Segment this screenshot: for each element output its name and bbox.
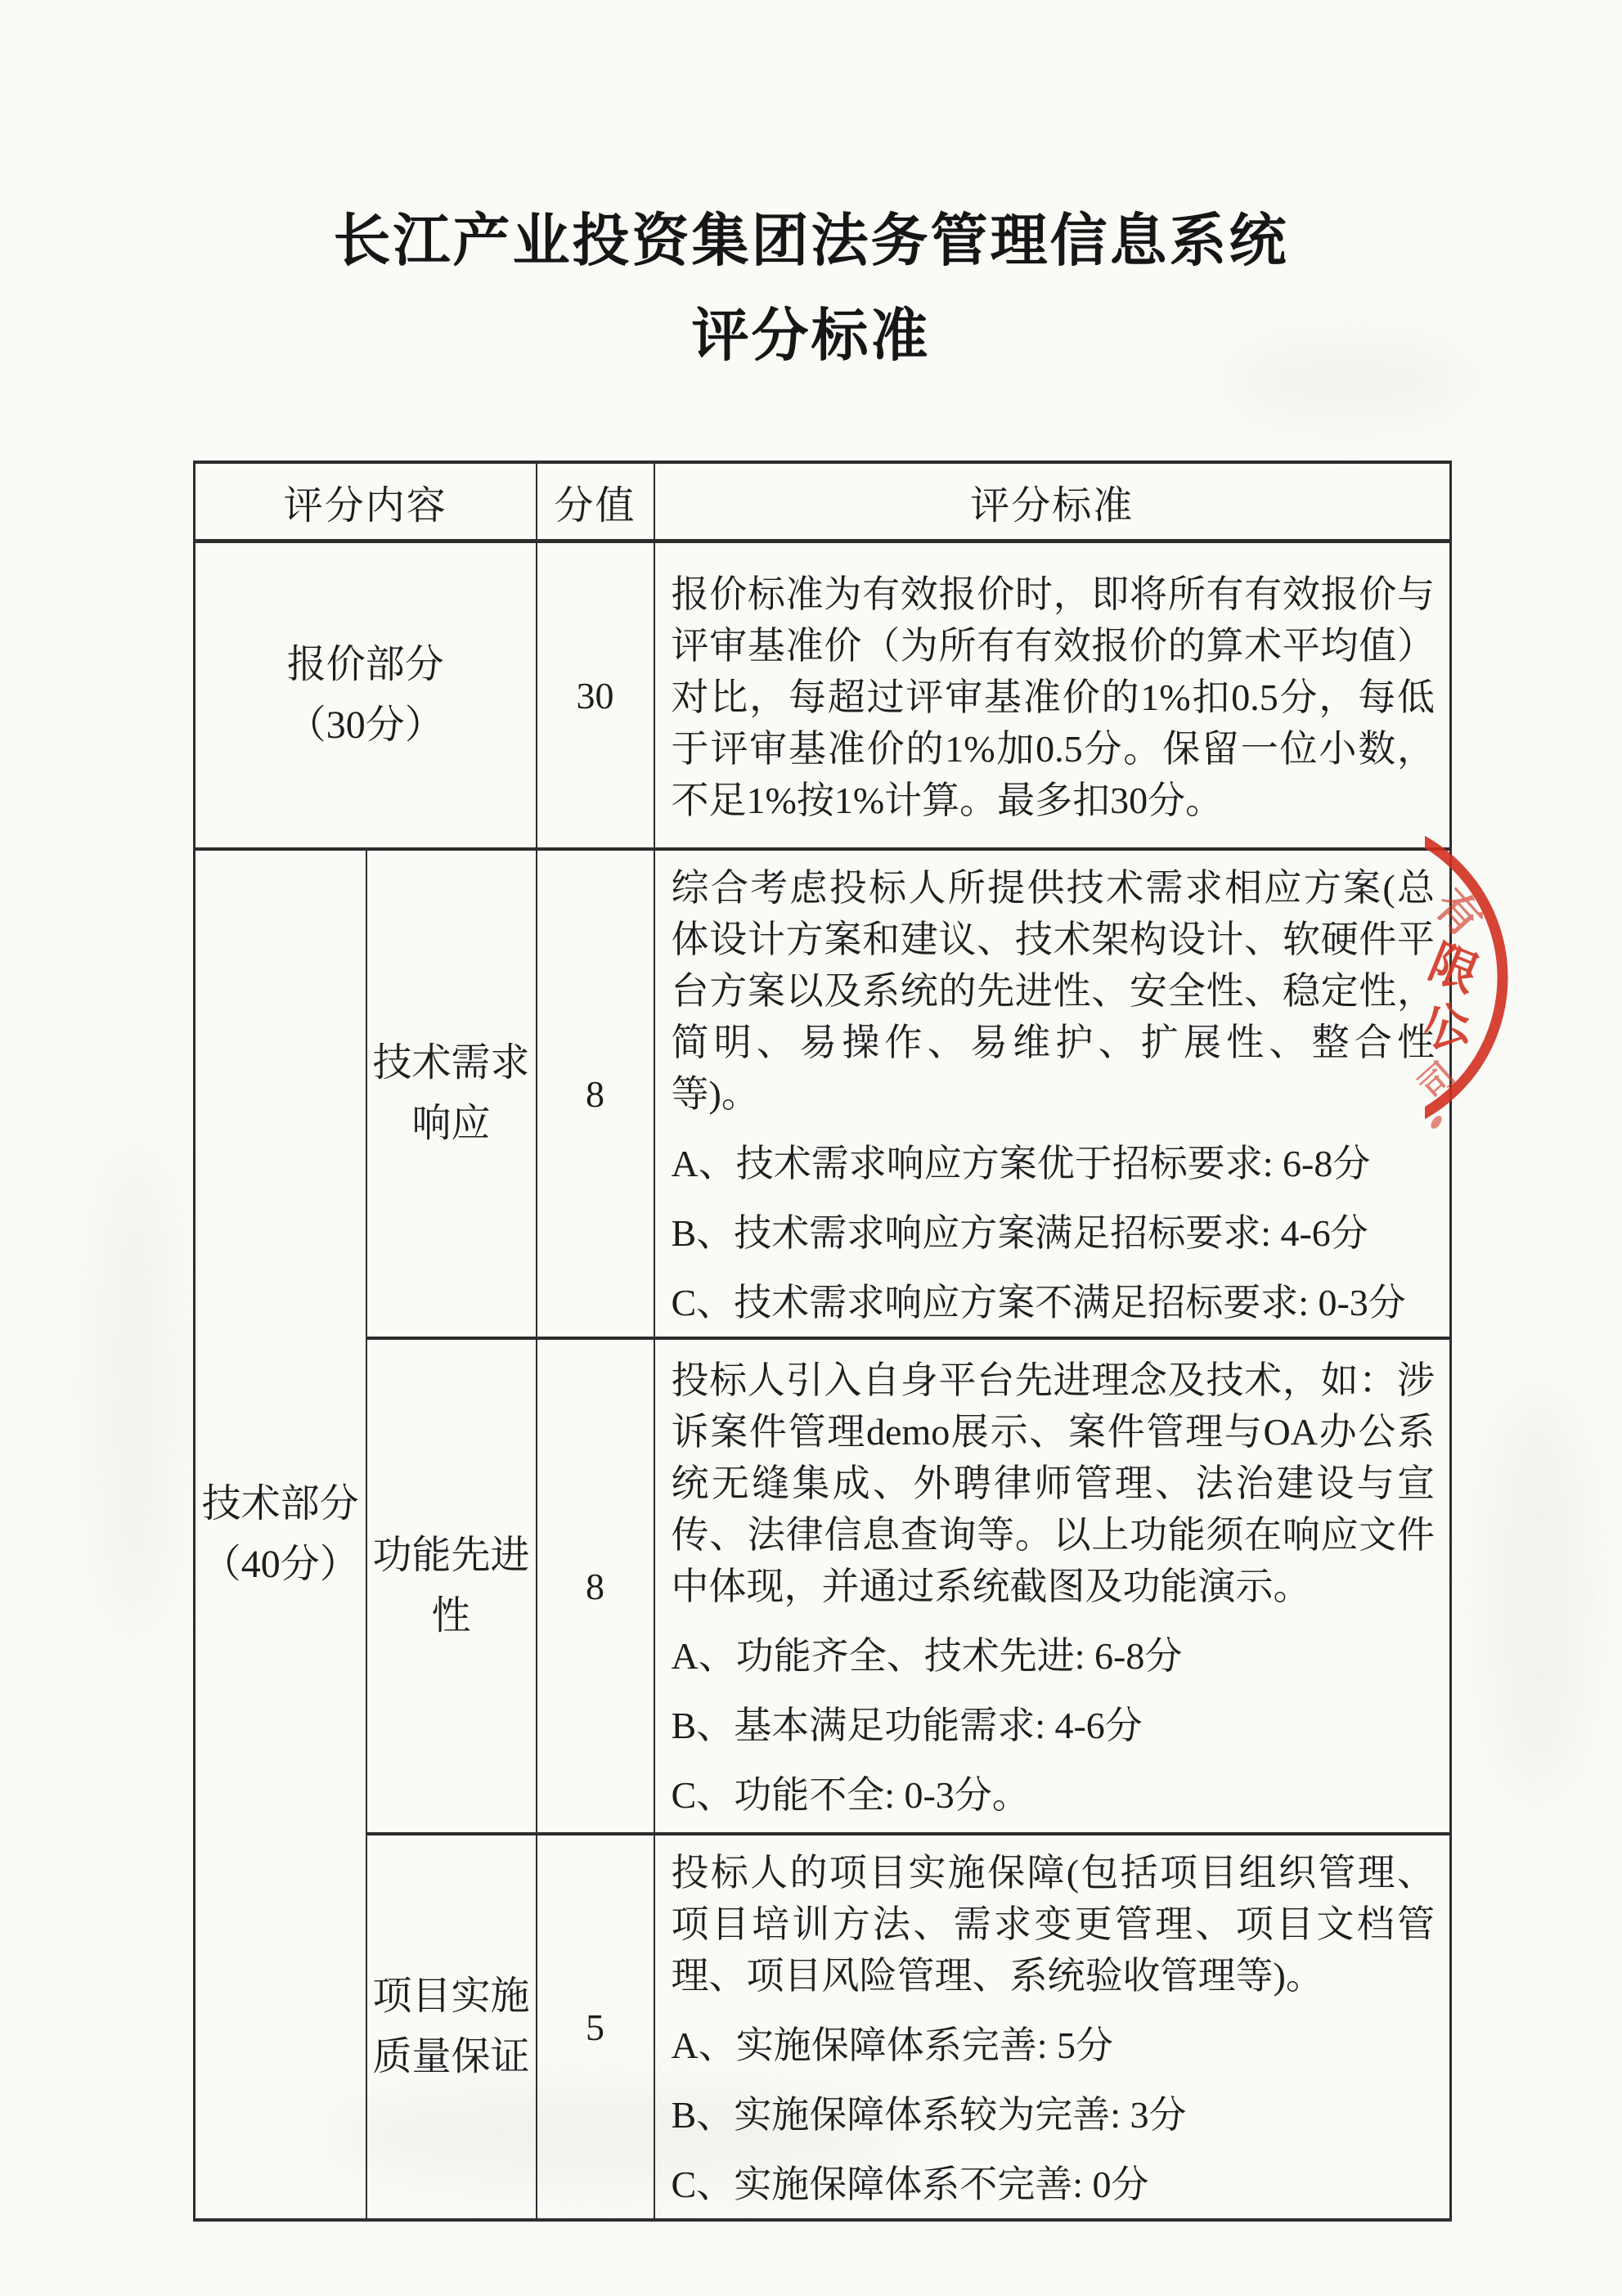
table-row-price: 报价部分 （30分） 30 报价标准为有效报价时，即将所有有效报价与评审基准价（… <box>195 541 1451 850</box>
scoring-criteria-table: 评分内容 分值 评分标准 报价部分 （30分） 30 报价标准为有效报价时，即将… <box>193 461 1452 2222</box>
category-implementation-line1: 项目实施 <box>367 1966 536 2027</box>
criteria-feature-paragraph: 投标人引入自身平台先进理念及技术，如：涉诉案件管理demo展示、案件管理与OA办… <box>672 1355 1436 1612</box>
header-cell-score: 分值 <box>537 462 654 541</box>
category-implementation-line2: 质量保证 <box>367 2027 536 2087</box>
table-row-tech-response: 技术部分 （40分） 技术需求 响应 8 综合考虑投标人所提供技术需求相应方案(… <box>195 849 1451 1338</box>
criteria-cell-price: 报价标准为有效报价时，即将所有有效报价与评审基准价（为所有有效报价的算术平均值）… <box>654 541 1451 850</box>
criteria-tech-response-item-c: C、技术需求响应方案不满足招标要求: 0-3分 <box>672 1277 1436 1328</box>
scan-smudge <box>98 1145 172 1636</box>
criteria-implementation-paragraph: 投标人的项目实施保障(包括项目组织管理、项目培训方法、需求变更管理、项目文档管理… <box>672 1847 1436 2002</box>
table-row-feature-advancement: 功能先进 性 8 投标人引入自身平台先进理念及技术，如：涉诉案件管理demo展示… <box>195 1338 1451 1834</box>
category-tech-group-line2: （40分） <box>195 1534 366 1595</box>
criteria-feature-item-a: A、功能齐全、技术先进: 6-8分 <box>672 1630 1436 1682</box>
category-tech-group-line1: 技术部分 <box>195 1474 366 1534</box>
category-cell-tech-group: 技术部分 （40分） <box>195 849 366 2220</box>
scan-smudge <box>1489 1391 1587 1800</box>
score-cell-tech-response: 8 <box>537 849 654 1338</box>
header-cell-content: 评分内容 <box>195 462 537 541</box>
criteria-feature-item-b: B、基本满足功能需求: 4-6分 <box>672 1700 1436 1751</box>
category-tech-response-line2: 响应 <box>367 1094 536 1154</box>
document-title: 长江产业投资集团法务管理信息系统 评分标准 <box>0 195 1622 384</box>
criteria-implementation-item-c: C、实施保障体系不完善: 0分 <box>672 2159 1436 2210</box>
criteria-tech-response-item-a: A、技术需求响应方案优于招标要求: 6-8分 <box>672 1138 1436 1189</box>
category-tech-response-line1: 技术需求 <box>367 1033 536 1094</box>
document-title-line2: 评分标准 <box>0 290 1622 384</box>
criteria-price-paragraph: 报价标准为有效报价时，即将所有有效报价与评审基准价（为所有有效报价的算术平均值）… <box>672 568 1436 826</box>
score-cell-feature-advancement: 8 <box>537 1338 654 1834</box>
scanned-document-page: 长江产业投资集团法务管理信息系统 评分标准 评分内容 分值 评分标准 报价部分 … <box>0 0 1622 2296</box>
criteria-implementation-item-b: B、实施保障体系较为完善: 3分 <box>672 2089 1436 2141</box>
category-cell-implementation-quality: 项目实施 质量保证 <box>366 1834 537 2220</box>
criteria-tech-response-item-b: B、技术需求响应方案满足招标要求: 4-6分 <box>672 1207 1436 1259</box>
criteria-feature-item-c: C、功能不全: 0-3分。 <box>672 1769 1436 1821</box>
category-feature-line2: 性 <box>367 1586 536 1647</box>
category-cell-tech-response: 技术需求 响应 <box>366 849 537 1338</box>
criteria-cell-implementation-quality: 投标人的项目实施保障(包括项目组织管理、项目培训方法、需求变更管理、项目文档管理… <box>654 1834 1451 2220</box>
table-row-implementation-quality: 项目实施 质量保证 5 投标人的项目实施保障(包括项目组织管理、项目培训方法、需… <box>195 1834 1451 2220</box>
criteria-cell-tech-response: 综合考虑投标人所提供技术需求相应方案(总体设计方案和建议、技术架构设计、软硬件平… <box>654 849 1451 1338</box>
criteria-cell-feature-advancement: 投标人引入自身平台先进理念及技术，如：涉诉案件管理demo展示、案件管理与OA办… <box>654 1338 1451 1834</box>
header-cell-criteria: 评分标准 <box>654 462 1451 541</box>
criteria-tech-response-paragraph: 综合考虑投标人所提供技术需求相应方案(总体设计方案和建议、技术架构设计、软硬件平… <box>672 862 1436 1120</box>
criteria-implementation-item-a: A、实施保障体系完善: 5分 <box>672 2020 1436 2071</box>
score-cell-price: 30 <box>537 541 654 850</box>
table-header-row: 评分内容 分值 评分标准 <box>195 462 1451 541</box>
category-cell-price: 报价部分 （30分） <box>195 541 537 850</box>
category-feature-line1: 功能先进 <box>367 1525 536 1586</box>
category-price-line2: （30分） <box>195 695 536 756</box>
category-price-line1: 报价部分 <box>195 635 536 695</box>
score-cell-implementation-quality: 5 <box>537 1834 654 2220</box>
document-title-line1: 长江产业投资集团法务管理信息系统 <box>0 195 1622 290</box>
category-cell-feature-advancement: 功能先进 性 <box>366 1338 537 1834</box>
